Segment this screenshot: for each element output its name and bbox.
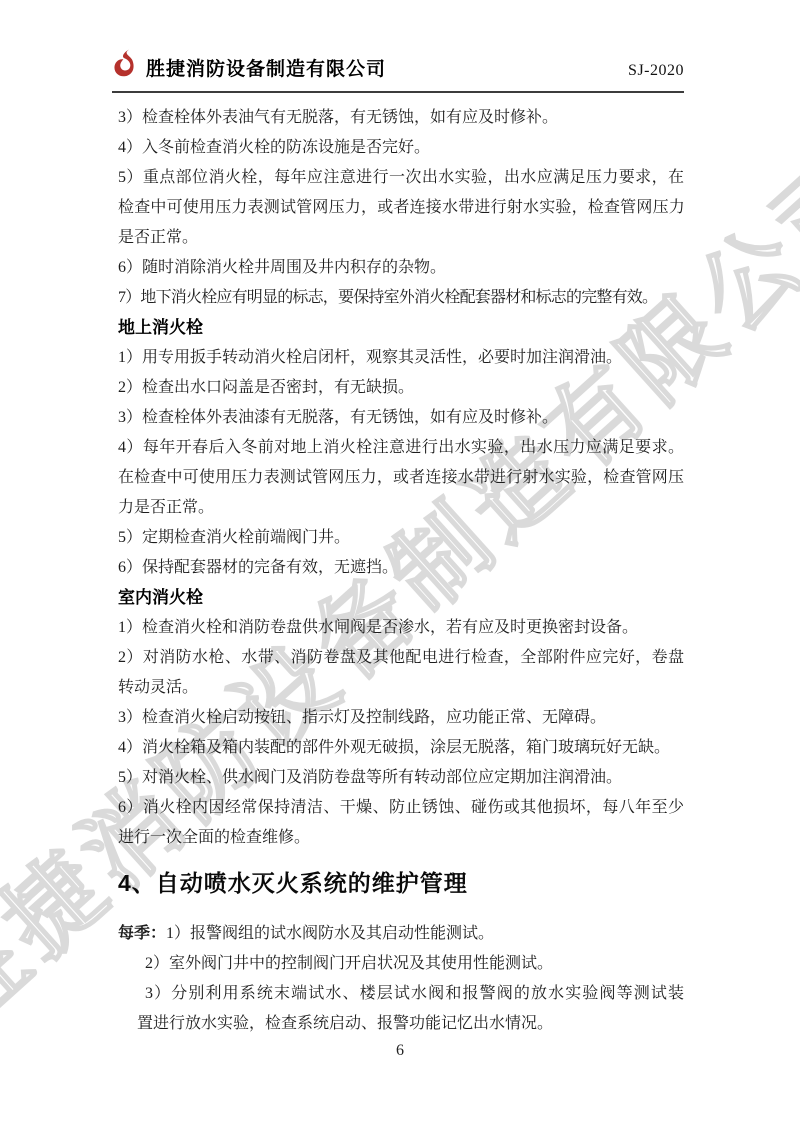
body-line: 4）每年开春后入冬前对地上消火栓注意进行出水实验，出水压力应满足要求。 [118, 433, 684, 463]
body-line: 是否正常。 [118, 223, 684, 253]
company-name: 胜捷消防设备制造有限公司 [146, 58, 386, 82]
quarterly-line: 置进行放水实验，检查系统启动、报警功能记忆出水情况。 [118, 1009, 684, 1039]
quarterly-line: 每季：1）报警阀组的试水阀防水及其启动性能测试。 [118, 919, 684, 949]
body-line: 在检查中可使用压力表测试管网压力，或者连接水带进行射水实验，检查管网压 [118, 463, 684, 493]
flame-logo-icon [112, 48, 138, 82]
doc-code: SJ-2020 [628, 60, 684, 82]
quarterly-item: 1）报警阀组的试水阀防水及其启动性能测试。 [166, 925, 494, 942]
page-number: 6 [0, 1042, 800, 1060]
body-line: 5）重点部位消火栓，每年应注意进行一次出水实验，出水应满足压力要求，在 [118, 163, 684, 193]
subheading-ground-hydrant: 地上消火栓 [118, 313, 684, 343]
body-line: 3）检查栓体外表油漆有无脱落，有无锈蚀，如有应及时修补。 [118, 403, 684, 433]
body-line: 6）随时消除消火栓井周围及井内积存的杂物。 [118, 253, 684, 283]
quarterly-maintenance-block: 每季：1）报警阀组的试水阀防水及其启动性能测试。 2）室外阀门井中的控制阀门开启… [118, 919, 684, 1039]
body-line: 1）用专用扳手转动消火栓启闭杆，观察其灵活性，必要时加注润滑油。 [118, 343, 684, 373]
body-line: 2）对消防水枪、水带、消防卷盘及其他配电进行检查，全部附件应完好，卷盘 [118, 643, 684, 673]
body-line: 2）检查出水口闷盖是否密封，有无缺损。 [118, 373, 684, 403]
body-line: 6）保持配套器材的完备有效，无遮挡。 [118, 553, 684, 583]
body-line: 5）对消火栓、供水阀门及消防卷盘等所有转动部位应定期加注润滑油。 [118, 763, 684, 793]
body-line: 检查中可使用压力表测试管网压力，或者连接水带进行射水实验，检查管网压力 [118, 193, 684, 223]
body-line: 4）消火栓箱及箱内装配的部件外观无破损，涂层无脱落，箱门玻璃玩好无缺。 [118, 733, 684, 763]
body-line: 进行一次全面的检查维修。 [118, 823, 684, 853]
body-line: 3）检查栓体外表油气有无脱落，有无锈蚀，如有应及时修补。 [118, 103, 684, 133]
body-line: 7）地下消火栓应有明显的标志，要保持室外消火栓配套器材和标志的完整有效。 [118, 283, 684, 313]
section-4-heading: 4、自动喷水灭火系统的维护管理 [118, 865, 684, 901]
quarterly-label: 每季： [118, 925, 166, 942]
page-header: 胜捷消防设备制造有限公司 SJ-2020 [112, 48, 684, 93]
body-line: 4）入冬前检查消火栓的防冻设施是否完好。 [118, 133, 684, 163]
body-line: 1）检查消火栓和消防卷盘供水闸阀是否渗水，若有应及时更换密封设备。 [118, 613, 684, 643]
body-line: 6）消火栓内因经常保持清洁、干燥、防止锈蚀、碰伤或其他损坏，每八年至少 [118, 793, 684, 823]
body-line: 3）检查消火栓启动按钮、指示灯及控制线路，应功能正常、无障碍。 [118, 703, 684, 733]
quarterly-line: 3）分别利用系统末端试水、楼层试水阀和报警阀的放水实验阀等测试装 [118, 979, 684, 1009]
body-line: 力是否正常。 [118, 493, 684, 523]
document-body: 3）检查栓体外表油气有无脱落，有无锈蚀，如有应及时修补。 4）入冬前检查消火栓的… [118, 103, 684, 1039]
body-line: 5）定期检查消火栓前端阀门井。 [118, 523, 684, 553]
quarterly-line: 2）室外阀门井中的控制阀门开启状况及其使用性能测试。 [118, 949, 684, 979]
subheading-indoor-hydrant: 室内消火栓 [118, 583, 684, 613]
body-line: 转动灵活。 [118, 673, 684, 703]
